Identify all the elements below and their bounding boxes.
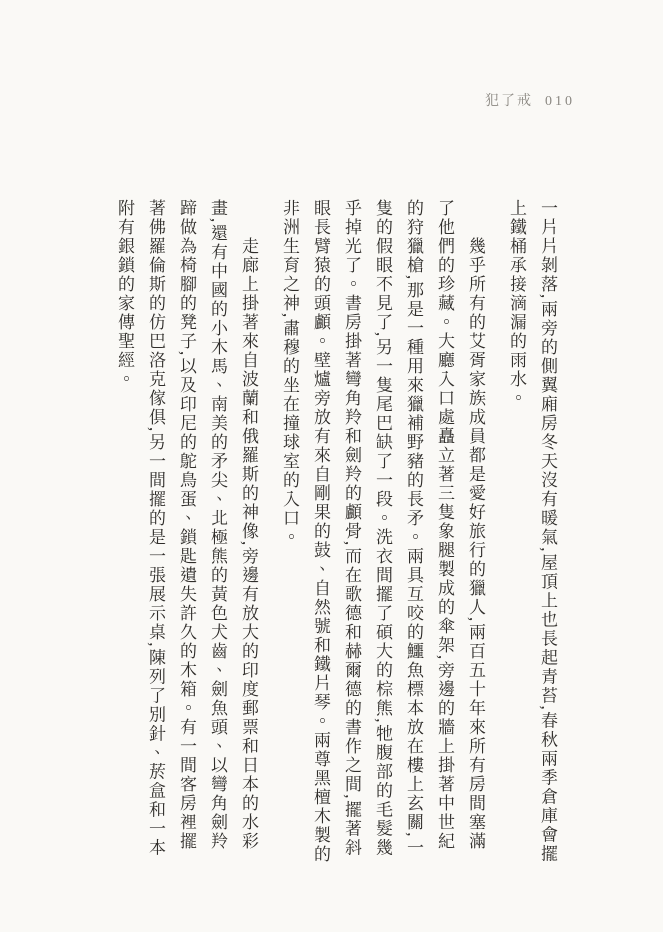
paragraph-3: 走廊上掛著來自波蘭和俄羅斯的神像,旁邊有放大的印度郵票和日本的水彩畫,還有中國的…: [109, 199, 264, 867]
book-page: 犯了戒010 一片片剝落,兩旁的側翼廂房冬天沒有暖氣,屋頂上也長起青苔,春秋兩季…: [0, 0, 663, 932]
book-title: 犯了戒: [485, 94, 533, 109]
running-head: 犯了戒010: [485, 90, 575, 110]
page-number: 010: [545, 94, 575, 109]
paragraph-1: 一片片剝落,兩旁的側翼廂房冬天沒有暖氣,屋頂上也長起青苔,春秋兩季倉庫會擺上鐵桶…: [501, 199, 563, 867]
text-block: 一片片剝落,兩旁的側翼廂房冬天沒有暖氣,屋頂上也長起青苔,春秋兩季倉庫會擺上鐵桶…: [99, 199, 563, 867]
paragraph-2: 幾乎所有的艾胥家族成員都是愛好旅行的獵人,兩百五十年來所有房間塞滿了他們的珍藏。…: [274, 199, 491, 867]
